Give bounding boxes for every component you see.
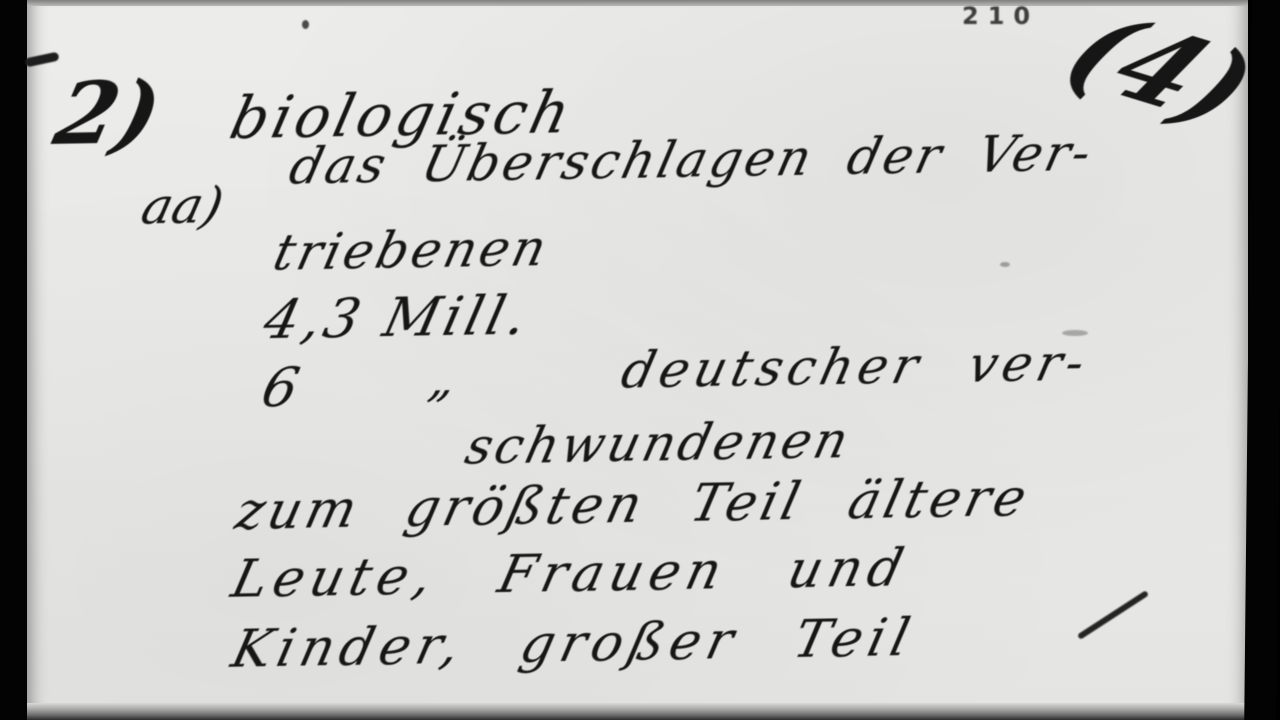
handwritten-line-schwundenen: schwundenen [460, 411, 857, 476]
handwritten-line-kinder: Kinder, großer Teil [226, 608, 921, 680]
handwritten-line-leute: Leute, Frauen und [226, 538, 915, 610]
page-stamp-number: 210 [962, 2, 1039, 30]
letterbox-bar-right [1244, 0, 1280, 720]
paper-speck [1062, 330, 1088, 336]
letterbox-bar-left [0, 0, 27, 720]
handwritten-line-deutscher: deutscher ver- [616, 334, 1095, 400]
paper-top-edge [27, 0, 1248, 6]
handwritten-line-sub-item: aa) [136, 177, 229, 236]
paper-bottom-edge [27, 703, 1248, 720]
handwritten-line-triebenen: triebenen [268, 219, 555, 282]
ink-dot-top [302, 20, 309, 29]
paper-speck [1000, 262, 1010, 267]
handwritten-line-mill: 4,3 Mill. [258, 283, 537, 351]
video-frame: 210 (4) 2) biologisch aa) das Überschlag… [0, 0, 1280, 720]
